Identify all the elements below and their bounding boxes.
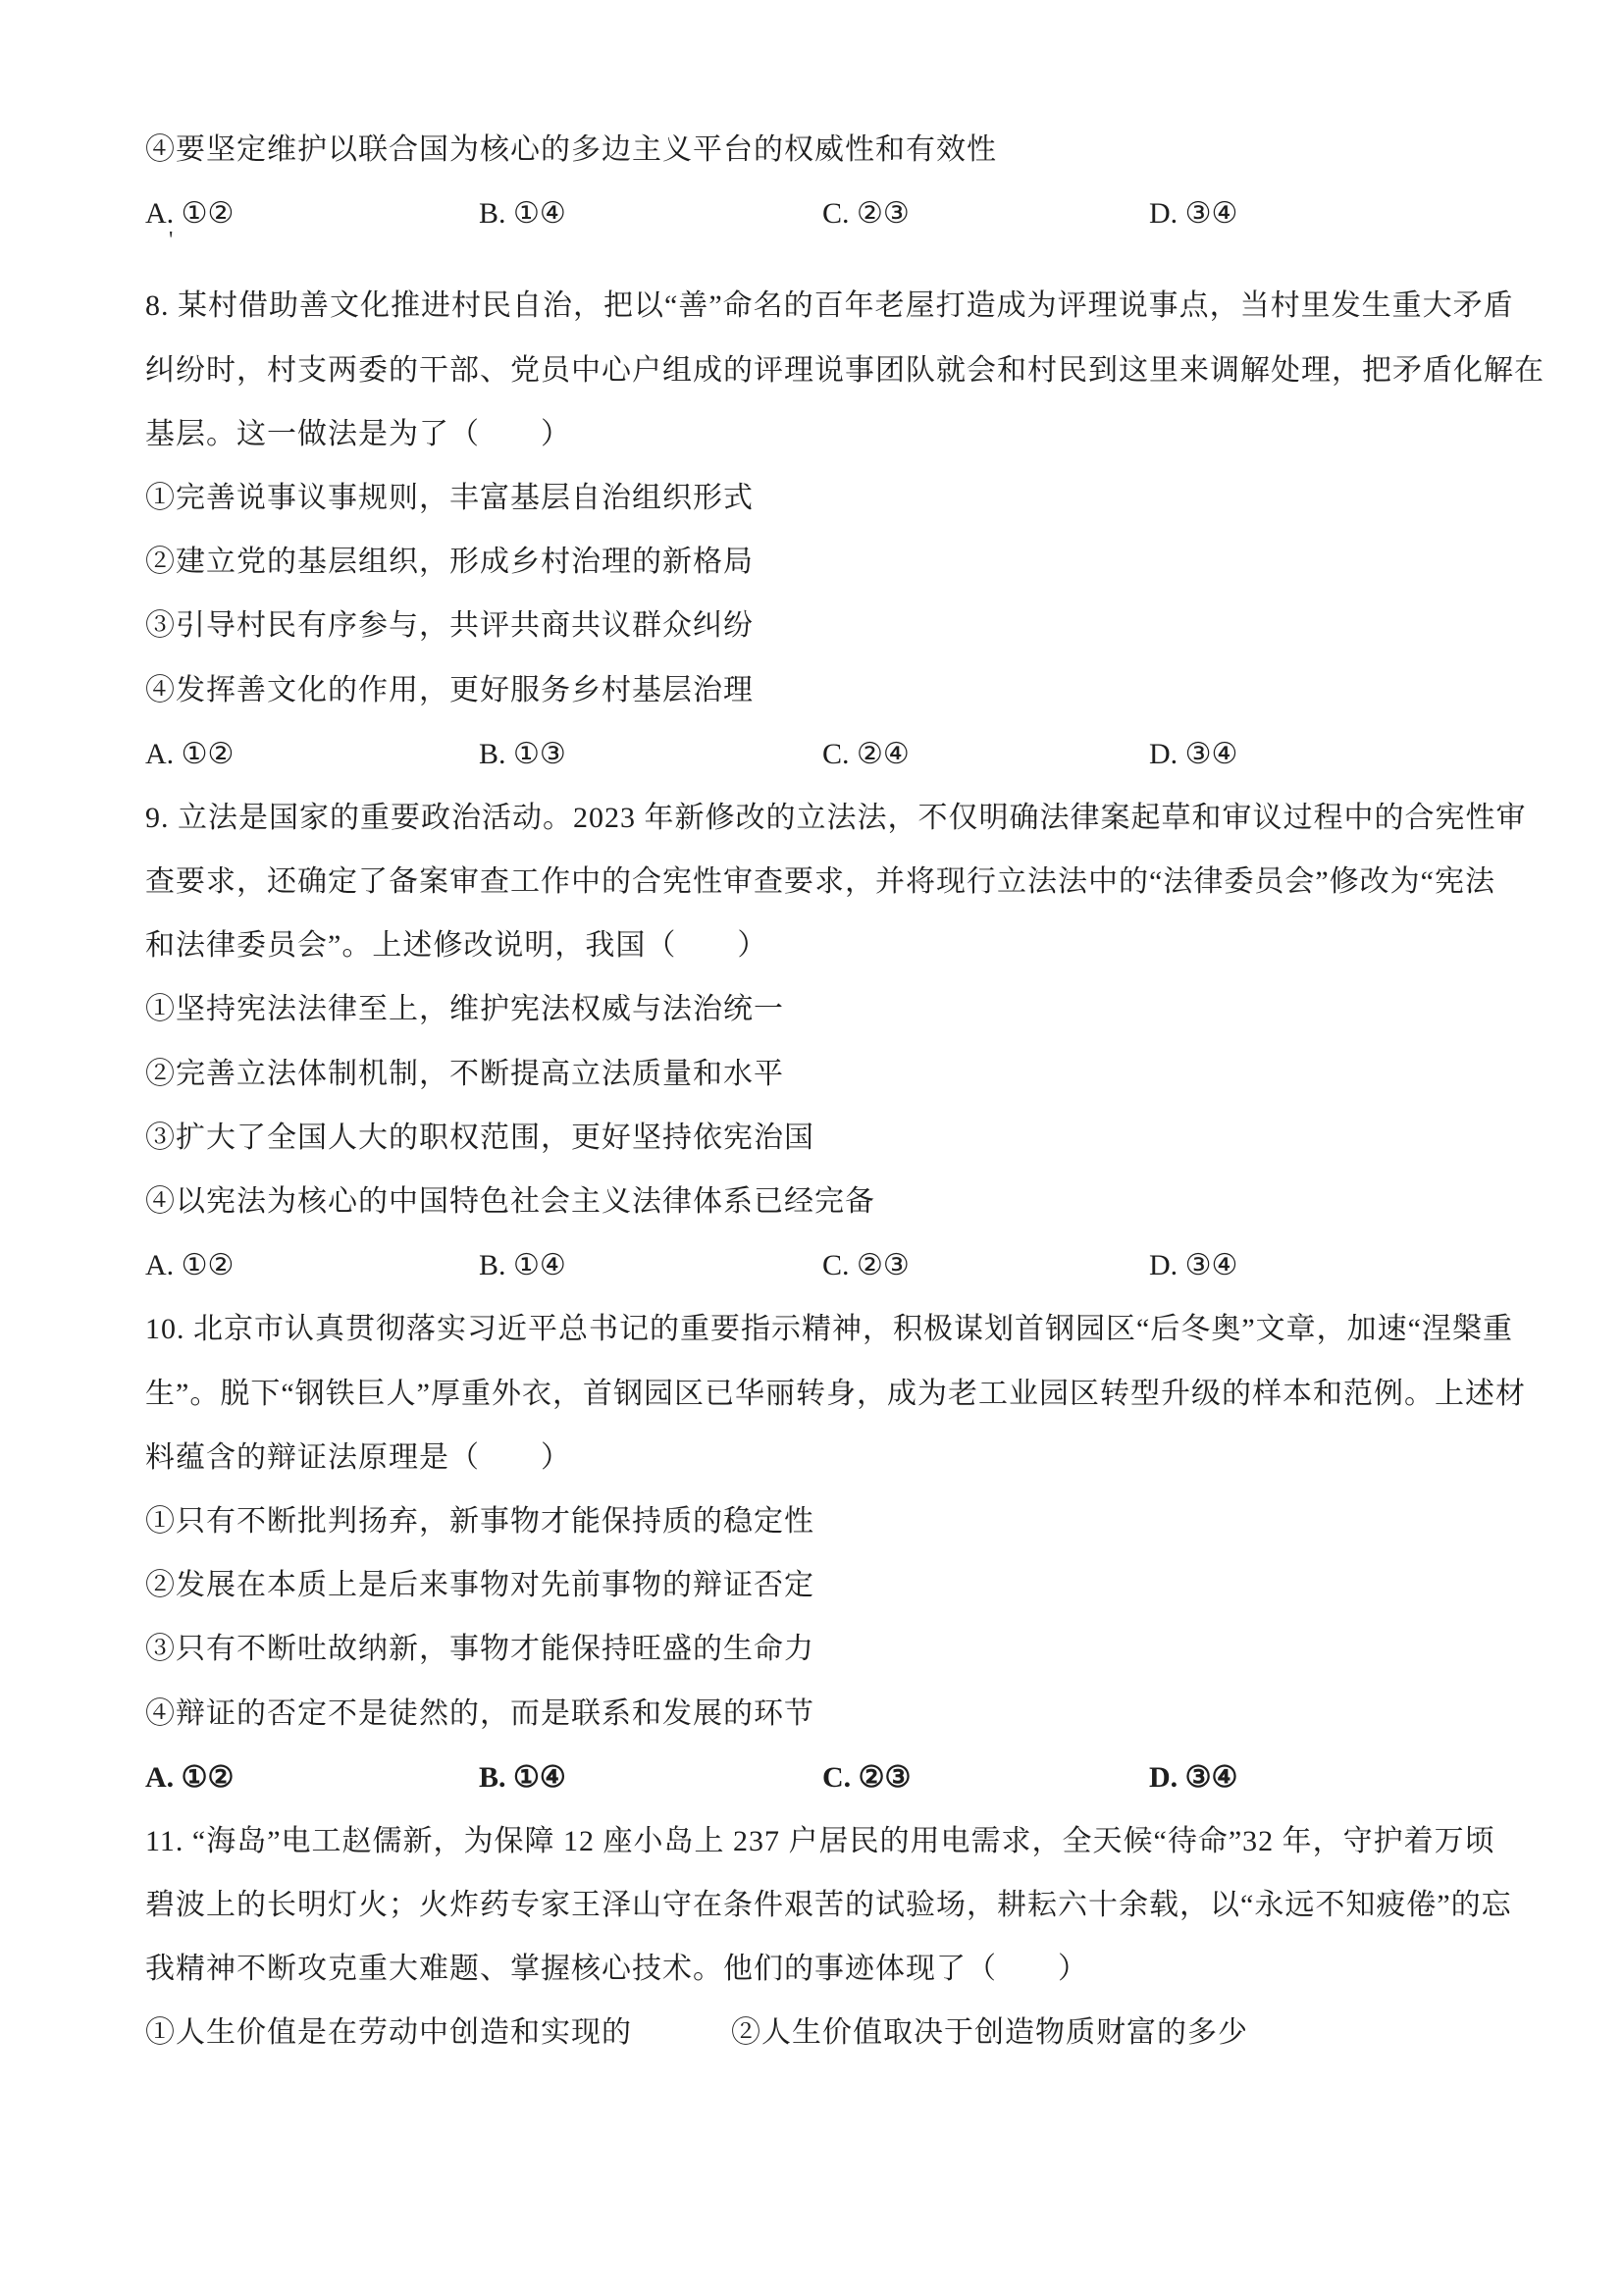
q9-stem-line-3: 和法律委员会”。上述修改说明，我国（ ）	[145, 913, 1454, 977]
q9-answer-c: C. ②③	[822, 1233, 1149, 1297]
question-11: 11. “海岛”电工赵儒新，为保障 12 座小岛上 237 户居民的用电需求，全…	[145, 1809, 1454, 2065]
q10-answer-d: D. ③④	[1149, 1746, 1454, 1809]
q10-stem-line-1: 10. 北京市认真贯彻落实习近平总书记的重要指示精神，积极谋划首钢园区“后冬奥”…	[145, 1297, 1454, 1361]
q11-choice-1: ①人生价值是在劳动中创造和实现的	[145, 2001, 731, 2064]
q9-answer-b: B. ①④	[479, 1233, 822, 1297]
q7-answer-d: D. ③④	[1149, 182, 1454, 245]
question-10: 10. 北京市认真贯彻落实习近平总书记的重要指示精神，积极谋划首钢园区“后冬奥”…	[145, 1297, 1454, 1809]
q11-stem-line-3: 我精神不断攻克重大难题、掌握核心技术。他们的事迹体现了（ ）	[145, 1937, 1454, 2001]
q10-choice-1: ①只有不断批判扬弃，新事物才能保持质的稳定性	[145, 1489, 1454, 1553]
question-9: 9. 立法是国家的重要政治活动。2023 年新修改的立法法，不仅明确法律案起草和…	[145, 786, 1454, 1298]
q8-answer-a: A. ①②	[145, 722, 479, 786]
q8-answer-d: D. ③④	[1149, 722, 1454, 786]
q11-choice-2: ②人生价值取决于创造物质财富的多少	[731, 2001, 1454, 2064]
q10-answers-row: A. ①② B. ①④ C. ②③ D. ③④	[145, 1746, 1454, 1809]
q9-choice-3: ③扩大了全国人大的职权范围，更好坚持依宪治国	[145, 1106, 1454, 1170]
exam-page: ' ④要坚定维护以联合国为核心的多边主义平台的权威性和有效性 A. ①② B. …	[0, 0, 1623, 2296]
q9-stem-line-2: 查要求，还确定了备案审查工作中的合宪性审查要求，并将现行立法法中的“法律委员会”…	[145, 850, 1454, 913]
q10-stem-line-3: 料蕴含的辩证法原理是（ ）	[145, 1426, 1454, 1489]
q9-answer-d: D. ③④	[1149, 1233, 1454, 1297]
q8-answer-c: C. ②④	[822, 722, 1149, 786]
q8-choice-2: ②建立党的基层组织，形成乡村治理的新格局	[145, 530, 1454, 594]
q10-answer-c: C. ②③	[822, 1746, 1149, 1809]
q7-answer-c: C. ②③	[822, 182, 1149, 245]
q9-choice-1: ①坚持宪法法律至上，维护宪法权威与法治统一	[145, 977, 1454, 1041]
q7-answer-b: B. ①④	[479, 182, 822, 245]
q7-answer-a: A. ①②	[145, 182, 479, 245]
q10-choice-4: ④辩证的否定不是徒然的，而是联系和发展的环节	[145, 1682, 1454, 1746]
q10-choice-3: ③只有不断吐故纳新，事物才能保持旺盛的生命力	[145, 1617, 1454, 1681]
question-7-tail: ④要坚定维护以联合国为核心的多边主义平台的权威性和有效性 A. ①② B. ①④…	[145, 118, 1454, 245]
q9-stem-line-1: 9. 立法是国家的重要政治活动。2023 年新修改的立法法，不仅明确法律案起草和…	[145, 786, 1454, 850]
q9-answer-a: A. ①②	[145, 1233, 479, 1297]
q8-choice-3: ③引导村民有序参与，共评共商共议群众纠纷	[145, 594, 1454, 657]
q8-answers-row: A. ①② B. ①③ C. ②④ D. ③④	[145, 722, 1454, 786]
q8-answer-b: B. ①③	[479, 722, 822, 786]
q11-stem-line-2: 碧波上的长明灯火；火炸药专家王泽山守在条件艰苦的试验场，耕耘六十余载，以“永远不…	[145, 1873, 1454, 1937]
q8-stem-line-3: 基层。这一做法是为了（ ）	[145, 402, 1454, 466]
q10-choice-2: ②发展在本质上是后来事物对先前事物的辩证否定	[145, 1553, 1454, 1617]
q11-stem-line-1: 11. “海岛”电工赵儒新，为保障 12 座小岛上 237 户居民的用电需求，全…	[145, 1809, 1454, 1873]
q10-answer-b: B. ①④	[479, 1746, 822, 1809]
question-8: 8. 某村借助善文化推进村民自治，把以“善”命名的百年老屋打造成为评理说事点，当…	[145, 274, 1454, 786]
q9-choice-2: ②完善立法体制机制，不断提高立法质量和水平	[145, 1042, 1454, 1106]
q9-choice-4: ④以宪法为核心的中国特色社会主义法律体系已经完备	[145, 1170, 1454, 1233]
q8-choice-1: ①完善说事议事规则，丰富基层自治组织形式	[145, 466, 1454, 530]
q7-answers-row: A. ①② B. ①④ C. ②③ D. ③④	[145, 182, 1454, 245]
q7-choice-4: ④要坚定维护以联合国为核心的多边主义平台的权威性和有效性	[145, 118, 1454, 182]
q8-stem-line-2: 纠纷时，村支两委的干部、党员中心户组成的评理说事团队就会和村民到这里来调解处理，…	[145, 339, 1454, 402]
q11-choice-pair-row: ①人生价值是在劳动中创造和实现的 ②人生价值取决于创造物质财富的多少	[145, 2001, 1454, 2064]
q8-choice-4: ④发挥善文化的作用，更好服务乡村基层治理	[145, 658, 1454, 722]
q9-answers-row: A. ①② B. ①④ C. ②③ D. ③④	[145, 1233, 1454, 1297]
exam-content: ④要坚定维护以联合国为核心的多边主义平台的权威性和有效性 A. ①② B. ①④…	[145, 118, 1454, 2065]
q10-answer-a: A. ①②	[145, 1746, 479, 1809]
q8-stem-line-1: 8. 某村借助善文化推进村民自治，把以“善”命名的百年老屋打造成为评理说事点，当…	[145, 274, 1454, 338]
q10-stem-line-2: 生”。脱下“钢铁巨人”厚重外衣，首钢园区已华丽转身，成为老工业园区转型升级的样本…	[145, 1362, 1454, 1426]
